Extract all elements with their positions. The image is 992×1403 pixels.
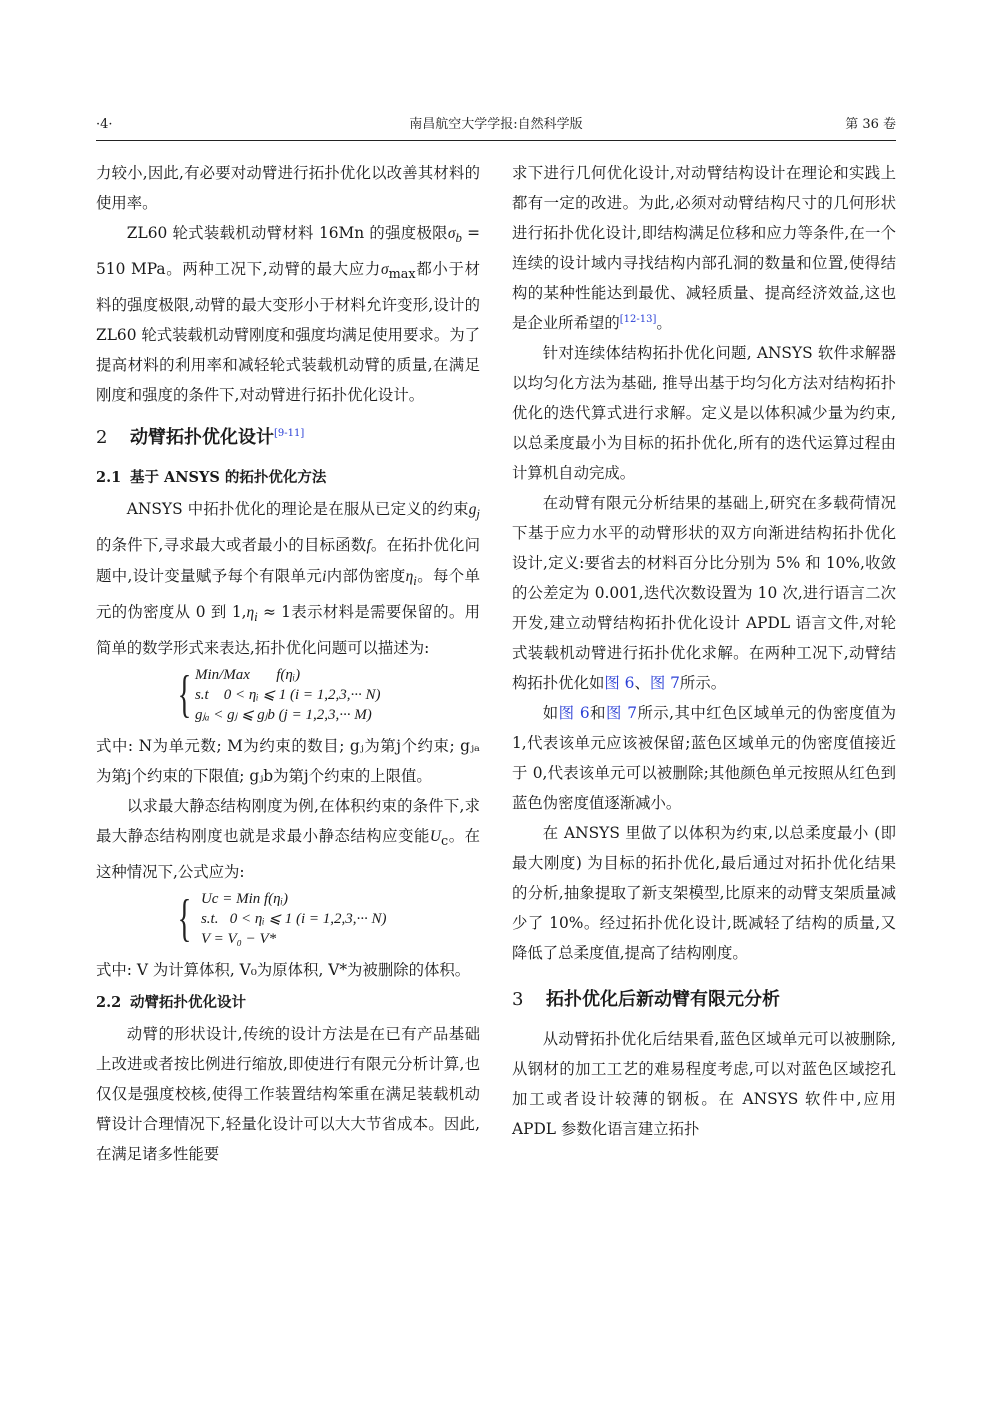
figure-6-link[interactable]: 图 6 xyxy=(604,674,634,692)
section-heading-3: 3拓扑优化后新动臂有限元分析 xyxy=(512,982,896,1018)
header-rule xyxy=(96,140,896,141)
left-column: 力较小,因此,有必要对动臂进行拓扑优化以改善其材料的使用率。 ZL60 轮式装载… xyxy=(96,158,480,1169)
text: 和 xyxy=(590,704,606,722)
math-symbol: σ xyxy=(381,261,389,278)
subsection-number: 2.1 xyxy=(96,462,130,494)
text: 所示。 xyxy=(680,674,726,692)
formula-line: s.t 0 < ηᵢ ⩽ 1 (i = 1,2,3,··· N) xyxy=(195,687,381,703)
brace-symbol: { xyxy=(178,889,192,949)
section-number: 3 xyxy=(512,982,546,1018)
math-symbol: U xyxy=(430,828,441,845)
right-column: 求下进行几何优化设计,对动臂结构设计在理论和实践上都有一定的改进。为此,必须对动… xyxy=(512,158,896,1144)
paragraph: 在动臂有限元分析结果的基础上,研究在多载荷情况下基于应力水平的动臂形状的双方向渐… xyxy=(512,488,896,698)
text: 如 xyxy=(543,704,559,722)
text: 求下进行几何优化设计,对动臂结构设计在理论和实践上都有一定的改进。为此,必须对动… xyxy=(512,164,896,332)
paragraph: 求下进行几何优化设计,对动臂结构设计在理论和实践上都有一定的改进。为此,必须对动… xyxy=(512,158,896,338)
text: ANSYS 中拓扑优化的理论是在服从已定义的约束 xyxy=(127,500,469,518)
subsection-heading-2-1: 2.1基于 ANSYS 的拓扑优化方法 xyxy=(96,462,480,494)
paragraph: 针对连续体结构拓扑优化问题, ANSYS 软件求解器以均匀化方法为基础, 推导出… xyxy=(512,338,896,488)
formula-line: Min/Max f(ηᵢ) xyxy=(195,667,300,683)
paragraph: 式中: N为单元数; M为约束的数目; gⱼ为第j个约束; gⱼₐ为第j个约束的… xyxy=(96,731,480,791)
paragraph: 力较小,因此,有必要对动臂进行拓扑优化以改善其材料的使用率。 xyxy=(96,158,480,218)
formula-1: { Min/Max f(ηᵢ) s.t 0 < ηᵢ ⩽ 1 (i = 1,2,… xyxy=(172,665,480,725)
paragraph: 式中: V 为计算体积, V₀为原体积, V*为被删除的体积。 xyxy=(96,955,480,985)
formula-line: V = V₀ − V* xyxy=(201,931,276,947)
formula-line: Uc = Min f(ηᵢ) xyxy=(201,891,288,907)
figure-7-link[interactable]: 图 7 xyxy=(606,704,637,722)
paragraph: 以求最大静态结构刚度为例,在体积约束的条件下,求最大静态结构刚度也就是求最小静态… xyxy=(96,791,480,887)
paragraph: ANSYS 中拓扑优化的理论是在服从已定义的约束gj的条件下,寻求最大或者最小的… xyxy=(96,494,480,663)
text: 以求最大静态结构刚度为例,在体积约束的条件下,求最大静态结构刚度也就是求最小静态… xyxy=(96,797,480,845)
math-subscript: max xyxy=(389,267,416,282)
section-number: 2 xyxy=(96,420,130,456)
brace-symbol: { xyxy=(178,665,192,725)
text: 。 xyxy=(656,314,671,332)
subsection-heading-2-2: 2.2动臂拓扑优化设计 xyxy=(96,987,480,1019)
running-header: ·4· 南昌航空大学学报:自然科学版 第 36 卷 xyxy=(96,114,896,136)
paragraph: 从动臂拓扑优化后结果看,蓝色区域单元可以被删除,从钢材的加工工艺的难易程度考虑,… xyxy=(512,1024,896,1144)
citation-link[interactable]: [9-11] xyxy=(274,428,304,439)
section-title: 拓扑优化后新动臂有限元分析 xyxy=(546,989,780,1010)
paragraph: ZL60 轮式装载机动臂材料 16Mn 的强度极限σb = 510 MPa。两种… xyxy=(96,218,480,410)
formula-line: gⱼₐ < gⱼ ⩽ gⱼb (j = 1,2,3,··· M) xyxy=(195,707,372,723)
text: 的条件下,寻求最大或者最小的目标函数 xyxy=(96,536,366,554)
section-heading-2: 2动臂拓扑优化设计[9-11] xyxy=(96,420,480,456)
formula-line: s.t. 0 < ηᵢ ⩽ 1 (i = 1,2,3,··· N) xyxy=(201,911,387,927)
citation-link[interactable]: [12-13] xyxy=(620,314,657,325)
subsection-title: 基于 ANSYS 的拓扑优化方法 xyxy=(130,469,326,486)
text: 、 xyxy=(634,674,649,692)
math-subscript: j xyxy=(476,507,480,521)
volume-label: 第 36 卷 xyxy=(845,114,896,136)
figure-6-link[interactable]: 图 6 xyxy=(559,704,590,722)
text: 内部伪密度 xyxy=(326,567,405,585)
figure-7-link[interactable]: 图 7 xyxy=(650,674,680,692)
journal-title: 南昌航空大学学报:自然科学版 xyxy=(96,114,896,136)
paragraph: 如图 6和图 7所示,其中红色区域单元的伪密度值为 1,代表该单元应该被保留;蓝… xyxy=(512,698,896,818)
subsection-title: 动臂拓扑优化设计 xyxy=(130,994,246,1011)
text: ZL60 轮式装载机动臂材料 16Mn 的强度极限 xyxy=(127,224,448,242)
section-title: 动臂拓扑优化设计 xyxy=(130,427,274,448)
text: 在动臂有限元分析结果的基础上,研究在多载荷情况下基于应力水平的动臂形状的双方向渐… xyxy=(512,494,896,692)
subsection-number: 2.2 xyxy=(96,987,130,1019)
text: 都小于材料的强度极限,动臂的最大变形小于材料允许变形,设计的 ZL60 轮式装载… xyxy=(96,260,480,404)
paragraph: 动臂的形状设计,传统的设计方法是在已有产品基础上改进或者按比例进行缩放,即使进行… xyxy=(96,1019,480,1169)
paragraph: 在 ANSYS 里做了以体积为约束,以总柔度最小 (即最大刚度) 为目标的拓扑优… xyxy=(512,818,896,968)
formula-2: { Uc = Min f(ηᵢ) s.t. 0 < ηᵢ ⩽ 1 (i = 1,… xyxy=(172,889,480,949)
